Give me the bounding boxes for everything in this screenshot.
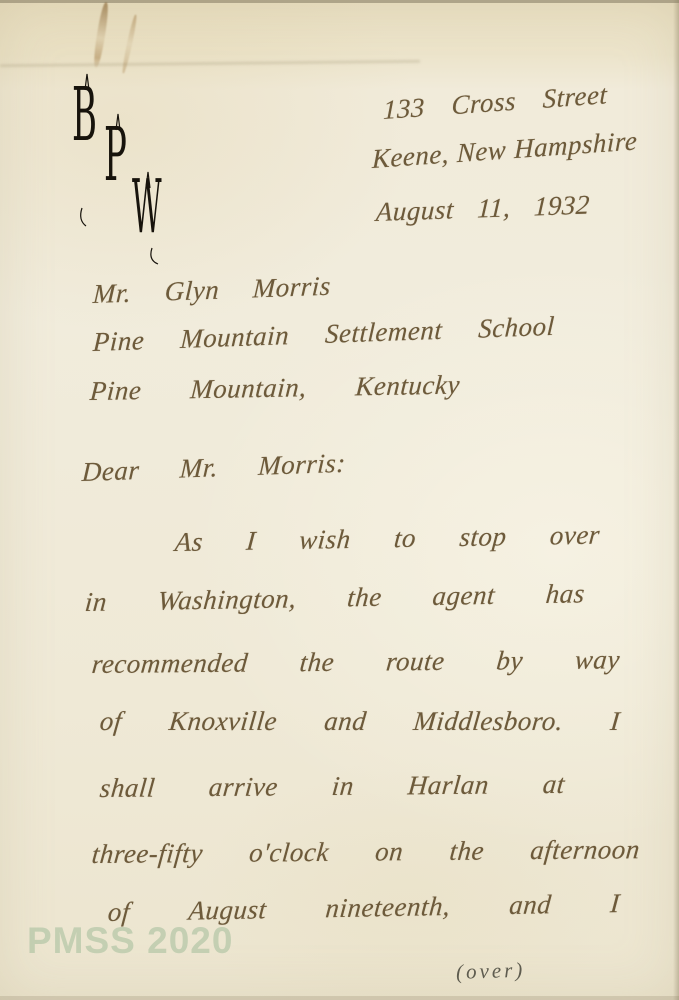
salutation: Dear Mr. Morris:	[81, 448, 346, 488]
body-line: recommended the route by way	[91, 644, 622, 680]
scan-edge-bottom	[0, 996, 679, 1000]
body-line: three-fifty o'clock on the afternoon	[91, 834, 642, 870]
paper-crease	[0, 60, 420, 67]
recipient-org: Pine Mountain Settlement School	[92, 311, 555, 358]
letter-page: B P W 133 Cross Street Keene, New Hampsh…	[0, 0, 679, 1000]
body-line: in Washington, the agent has	[84, 578, 587, 618]
bpw-monogram: B P W	[58, 68, 188, 268]
recipient-name: Mr. Glyn Morris	[92, 271, 331, 310]
scan-edge-top	[0, 0, 679, 3]
pmss-watermark: PMSS 2020	[27, 920, 233, 962]
body-line: As I wish to stop over	[174, 520, 602, 559]
scan-edge-right	[673, 0, 679, 1000]
monogram-letter-p: P	[104, 112, 127, 198]
recipient-location: Pine Mountain, Kentucky	[89, 370, 461, 408]
stain-mark	[92, 2, 110, 68]
monogram-letter-w: W	[132, 165, 162, 251]
letter-date: August 11, 1932	[375, 189, 591, 228]
page-note-over: (over)	[456, 957, 537, 984]
monogram-flourish	[81, 208, 86, 226]
monogram-letter-b: B	[72, 72, 97, 158]
sender-address-line-1: 133 Cross Street	[383, 79, 608, 126]
body-line: of Knoxville and Middlesboro. I	[98, 706, 621, 737]
body-line: shall arrive in Harlan at	[99, 769, 567, 804]
sender-address-line-2: Keene, New Hampshire	[372, 125, 638, 175]
